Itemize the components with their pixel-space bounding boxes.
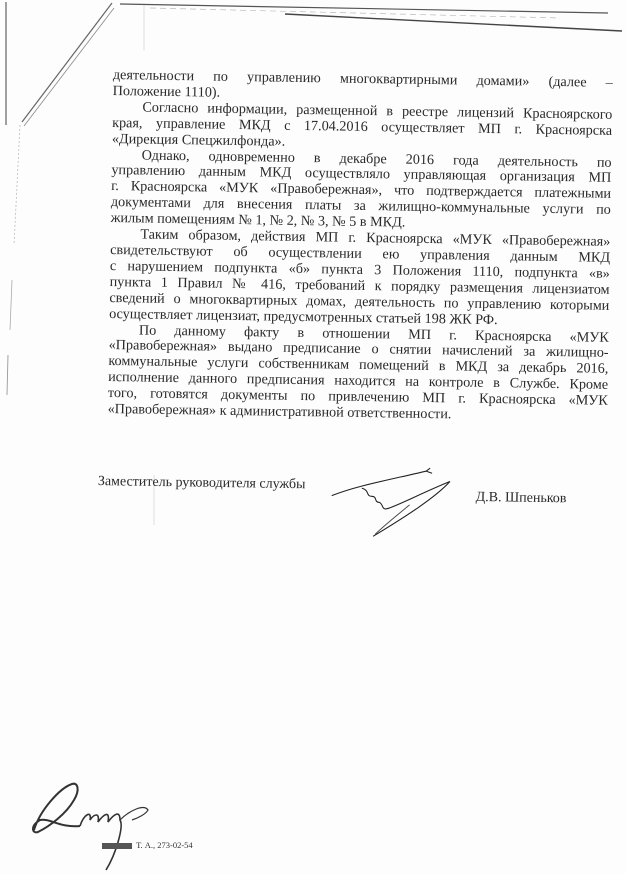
executor-name-redacted (102, 843, 132, 849)
executor-contact: Шпенькова Т. А., Т. А., 273-02-54 (102, 840, 193, 850)
paragraph-however: Однако, одновременно в декабре 2016 года… (111, 148, 612, 235)
signature-block: Заместитель руководителя службы Д.В. Шпе… (97, 474, 618, 562)
letter-body: деятельности по управлению многоквартирн… (108, 68, 613, 426)
handwritten-signature-icon (325, 466, 476, 548)
document-page: деятельности по управлению многоквартирн… (0, 0, 626, 874)
paragraph-thus: Таким образом, действия МП г. Красноярск… (109, 227, 610, 330)
executor-phone: 273-02-54 (157, 840, 192, 850)
signatory-name: Д.В. Шпеньков (476, 490, 567, 507)
paragraph-prescription: По данному факту в отношении МП г. Красн… (108, 322, 609, 425)
executor-block: Шпенькова Т. А., Т. А., 273-02-54 (20, 770, 240, 874)
paragraph-license-registry: Согласно информации, размещенной в реест… (112, 100, 613, 156)
executor-signature-icon (20, 770, 180, 874)
signatory-position: Заместитель руководителя службы (98, 474, 306, 493)
